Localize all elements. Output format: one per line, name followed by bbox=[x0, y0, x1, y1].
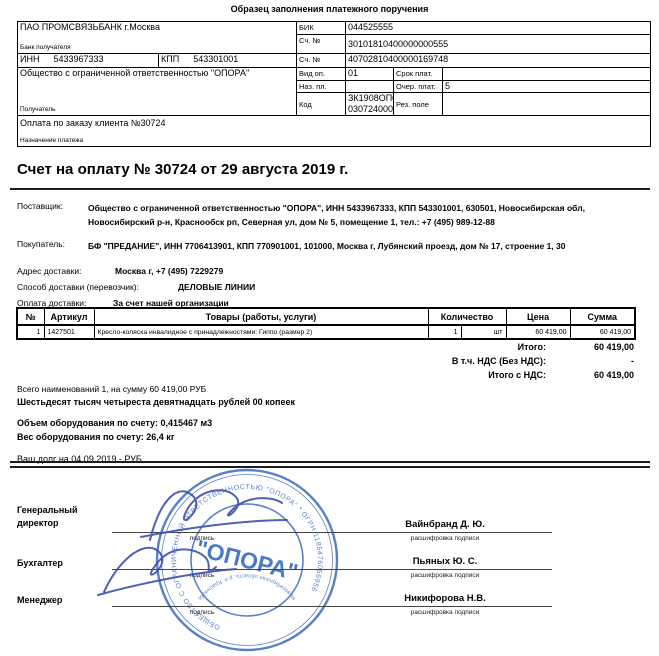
naz-pl-value bbox=[346, 81, 394, 93]
item-price: 60 419,00 bbox=[506, 325, 570, 339]
total-with-vat-value: 60 419,00 bbox=[546, 370, 634, 380]
inn-value: 5433967333 bbox=[53, 54, 103, 64]
director-signature-underline bbox=[141, 520, 287, 537]
invoice-document: Образец заполнения платежного поручения … bbox=[0, 0, 659, 656]
col-num: № bbox=[17, 308, 44, 325]
buyer-label: Покупатель: bbox=[17, 239, 65, 249]
col-qty: Количество bbox=[428, 308, 506, 325]
volume-line: Объем оборудования по счету: 0,415467 м3 bbox=[17, 418, 212, 428]
payment-order-caption: Образец заполнения платежного поручения bbox=[0, 4, 659, 14]
col-price: Цена bbox=[506, 308, 570, 325]
item-sum: 60 419,00 bbox=[570, 325, 635, 339]
total-row: Итого с НДС: 60 419,00 bbox=[302, 370, 634, 384]
accountant-signature-stroke bbox=[104, 548, 216, 592]
total-label: Итого: bbox=[518, 342, 546, 352]
items-table: № Артикул Товары (работы, услуги) Количе… bbox=[16, 307, 636, 340]
bik-label: БИК bbox=[297, 22, 346, 35]
corr-account-label: Сч. № bbox=[297, 35, 346, 54]
accountant-signature-underline bbox=[98, 569, 236, 595]
kod-label: Код bbox=[297, 93, 346, 116]
item-num: 1 bbox=[17, 325, 44, 339]
vat-label: В т.ч. НДС (Без НДС): bbox=[452, 356, 546, 366]
delivery-method-label: Способ доставки (перевозчик): bbox=[17, 282, 139, 292]
kpp-cell: КПП543301001 bbox=[159, 54, 297, 68]
bank-cell: ПАО ПРОМСВЯЗЬБАНК г.Москва Банк получате… bbox=[18, 22, 297, 54]
delivery-method-value: ДЕЛОВЫЕ ЛИНИИ bbox=[178, 282, 255, 292]
items-count-line: Всего наименований 1, на сумму 60 419,00… bbox=[17, 384, 206, 394]
supplier-value: Общество с ограниченной ответственностью… bbox=[88, 201, 646, 229]
item-qty: 1 bbox=[428, 325, 461, 339]
vid-op-label: Вид оп. bbox=[297, 68, 346, 81]
inn-cell: ИНН5433967333 bbox=[18, 54, 159, 68]
delivery-address-value: Москва г, +7 (495) 7229279 bbox=[115, 266, 223, 276]
kod-value: ЗК1908ОП00 0307240000 bbox=[346, 93, 394, 116]
handwritten-signatures bbox=[0, 440, 659, 656]
recipient-cell: Общество с ограниченной ответственностью… bbox=[18, 68, 297, 116]
purpose-cell: Оплата по заказу клиента №30724 Назначен… bbox=[18, 116, 651, 147]
item-name: Кресло-коляска инвалидное с принадлежнос… bbox=[94, 325, 428, 339]
total-row: Итого: 60 419,00 bbox=[302, 342, 634, 356]
totals-block: Итого: 60 419,00 В т.ч. НДС (Без НДС): -… bbox=[302, 342, 634, 384]
item-unit: шт bbox=[461, 325, 506, 339]
account-value: 40702810400000169748 bbox=[346, 54, 651, 68]
col-name: Товары (работы, услуги) bbox=[94, 308, 428, 325]
kpp-label: КПП bbox=[161, 54, 179, 64]
account-label: Сч. № bbox=[297, 54, 346, 68]
total-row: В т.ч. НДС (Без НДС): - bbox=[302, 356, 634, 370]
bank-cell-label: Банк получателя bbox=[20, 44, 71, 52]
purpose-cell-label: Назначение платежа bbox=[20, 137, 83, 145]
payment-purpose: Оплата по заказу клиента №30724 bbox=[20, 116, 648, 129]
corr-account-value: 30101810400000000555 bbox=[346, 35, 651, 54]
buyer-value: БФ "ПРЕДАНИЕ", ИНН 7706413901, КПП 77090… bbox=[88, 239, 648, 253]
ocher-plat-label: Очер. плат. bbox=[394, 81, 443, 93]
delivery-address-label: Адрес доставки: bbox=[17, 266, 82, 276]
srok-plat-label: Срок плат. bbox=[394, 68, 443, 81]
item-sku: 1427501 bbox=[44, 325, 94, 339]
payment-order-table: ПАО ПРОМСВЯЗЬБАНК г.Москва Банк получате… bbox=[17, 21, 651, 147]
ocher-plat-value: 5 bbox=[443, 81, 651, 93]
title-divider bbox=[10, 188, 650, 190]
vat-value: - bbox=[546, 356, 634, 366]
kpp-value: 543301001 bbox=[193, 54, 238, 64]
recipient-name: Общество с ограниченной ответственностью… bbox=[20, 68, 294, 79]
supplier-label: Поставщик: bbox=[17, 201, 63, 211]
item-row: 1 1427501 Кресло-коляска инвалидное с пр… bbox=[17, 325, 635, 339]
rez-pole-label: Рез. поле bbox=[394, 93, 443, 116]
bank-name: ПАО ПРОМСВЯЗЬБАНК г.Москва bbox=[20, 22, 294, 33]
invoice-title: Счет на оплату № 30724 от 29 августа 201… bbox=[17, 161, 348, 178]
recipient-cell-label: Получатель bbox=[20, 106, 56, 114]
inn-label: ИНН bbox=[20, 54, 39, 64]
naz-pl-label: Наз. пл. bbox=[297, 81, 346, 93]
vid-op-value: 01 bbox=[346, 68, 394, 81]
col-sum: Сумма bbox=[570, 308, 635, 325]
items-header-row: № Артикул Товары (работы, услуги) Количе… bbox=[17, 308, 635, 325]
col-sku: Артикул bbox=[44, 308, 94, 325]
amount-in-words: Шестьдесят тысяч четыреста девятнадцать … bbox=[17, 397, 295, 407]
total-value: 60 419,00 bbox=[546, 342, 634, 352]
bik-value: 044525555 bbox=[346, 22, 651, 35]
srok-plat-value bbox=[443, 68, 651, 81]
total-with-vat-label: Итого с НДС: bbox=[488, 370, 546, 380]
rez-pole-value bbox=[443, 93, 651, 116]
